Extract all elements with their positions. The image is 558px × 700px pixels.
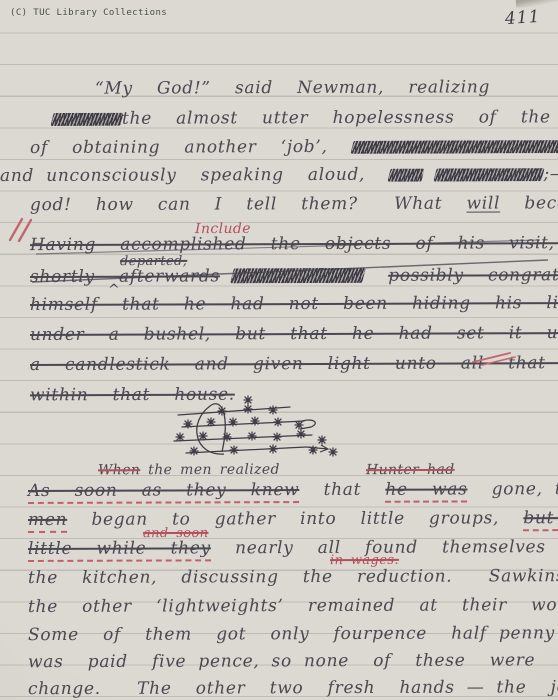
line-text: change. The other two fresh hands — the …	[28, 677, 558, 699]
page-number: 411	[504, 7, 541, 29]
line-text: god! how can I tell them? What	[30, 194, 467, 216]
struck-text: under a bushel, but that he had set it u…	[30, 323, 558, 345]
line-text: gone, the	[492, 479, 558, 499]
redaction-scribble	[350, 140, 558, 154]
manuscript-line: men began to gather into little groups, …	[28, 508, 558, 530]
line-text: was paid five pence, so none of these we…	[28, 650, 558, 672]
doodle-arrow	[306, 445, 328, 452]
watermark: (C) TUC Library Collections	[10, 8, 167, 18]
struck-text: little while they	[28, 538, 211, 562]
manuscript-line: little while they nearly all found thems…	[28, 537, 558, 559]
redaction-scribble	[388, 169, 425, 182]
manuscript-line: under a bushel, but that he had set it u…	[30, 323, 558, 345]
struck-text: himself that he had not been hiding his …	[30, 293, 558, 315]
manuscript-line: the almost utter hopelessness of the cha…	[52, 107, 558, 129]
line-text: began to gather into little groups,	[67, 508, 523, 530]
redaction-scribble	[434, 168, 545, 181]
manuscript-line: himself that he had not been hiding his …	[30, 293, 558, 315]
manuscript-line: god! how can I tell them? What will beco…	[30, 193, 558, 215]
replacement-text: the men realized	[148, 462, 280, 478]
redaction-scribble	[50, 113, 123, 126]
struck-text: men	[28, 510, 67, 533]
line-text: the kitchen, discussing the reduction.	[28, 567, 452, 588]
manuscript-line: “My God!” said Newman, realizing	[95, 77, 490, 98]
manuscript-line: and unconsciously speaking aloud, ;—“My	[0, 164, 558, 186]
deletion-stroke	[0, 226, 558, 296]
line-text: the almost utter hopelessness of the cha…	[122, 107, 558, 129]
manuscript-page: (C) TUC Library Collections 411 “My God!…	[0, 0, 558, 700]
star-doodle	[172, 394, 347, 460]
red-tick-icon	[470, 348, 518, 368]
struck-text: As soon as they knew	[28, 480, 299, 504]
line-text: become of us?”	[500, 193, 558, 214]
interlinear-note: When the men realized	[98, 462, 280, 479]
line-text: Some of them got only fourpence half pen…	[28, 623, 558, 645]
line-text: Sawkins and	[452, 566, 558, 587]
struck-word: When	[98, 462, 140, 478]
struck-word: Hunter had	[366, 462, 455, 478]
line-text: of obtaining another ‘job’,	[30, 137, 328, 158]
manuscript-line: As soon as they knew that he was gone, t…	[28, 479, 558, 501]
manuscript-line: was paid five pence, so none of these we…	[28, 650, 558, 672]
line-text: ;—“My	[543, 164, 558, 184]
underlined-word: will	[466, 194, 500, 214]
line-text: “My God!” said Newman, realizing	[95, 77, 490, 98]
line-text: the other ‘lightweights’ remained at the…	[28, 595, 558, 617]
manuscript-line: change. The other two fresh hands — the …	[28, 677, 558, 699]
line-text: that	[324, 480, 362, 500]
line-text: and unconsciously speaking aloud,	[0, 165, 365, 186]
interlinear-note: Hunter had	[366, 462, 455, 478]
manuscript-line: Some of them got only fourpence half pen…	[28, 623, 558, 645]
struck-text: he was	[385, 479, 467, 502]
manuscript-line: the other ‘lightweights’ remained at the…	[28, 595, 558, 617]
manuscript-line: the kitchen, discussing the reduction. S…	[28, 566, 558, 588]
manuscript-line: of obtaining another ‘job’,	[30, 136, 558, 158]
struck-text: but in a	[523, 508, 558, 531]
